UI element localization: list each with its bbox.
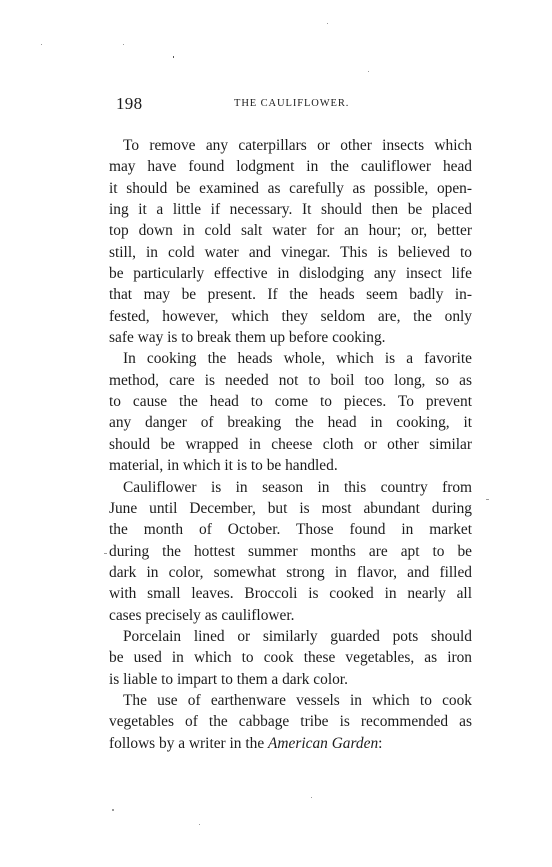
book-page: 198 THE CAULIFLOWER. To remove any cater…: [0, 0, 552, 867]
text-line: is liable to impart to them a dark color…: [109, 669, 472, 690]
text-fragment: follows by a writer in the: [109, 735, 268, 752]
text-line: vegetables of the cabbage tribe is recom…: [109, 711, 472, 732]
text-line: Porcelain lined or similarly guarded pot…: [109, 626, 472, 647]
text-fragment: :: [378, 735, 382, 752]
text-line: safe way is to break them up before cook…: [109, 327, 472, 348]
scan-speck: [104, 553, 107, 554]
text-line: method, care is needed not to boil too l…: [109, 370, 472, 391]
scan-speck: [173, 56, 174, 58]
scan-speck: [199, 824, 200, 825]
text-line: be particularly effective in dislodging …: [109, 263, 472, 284]
text-line: fested, however, which they seldom are, …: [109, 306, 472, 327]
text-line-final: follows by a writer in the American Gard…: [109, 733, 472, 754]
text-line: it should be examined as carefully as po…: [109, 178, 472, 199]
text-line: cases precisely as cauliflower.: [109, 605, 472, 626]
text-line: with small leaves. Broccoli is cooked in…: [109, 583, 472, 604]
scan-speck: [368, 71, 369, 72]
text-line: during the hottest summer months are apt…: [109, 541, 472, 562]
paragraph-porcelain: Porcelain lined or similarly guarded pot…: [109, 626, 472, 690]
scan-speck: [311, 797, 312, 798]
text-line: dark in color, somewhat strong in flavor…: [109, 562, 472, 583]
running-head-title: THE CAULIFLOWER.: [234, 98, 349, 109]
text-line: still, in cold water and vinegar. This i…: [109, 242, 472, 263]
text-line: should be wrapped in cheese cloth or oth…: [109, 434, 472, 455]
scan-speck: [486, 499, 489, 500]
text-line: The use of earthenware vessels in which …: [109, 690, 472, 711]
publication-title: American Garden: [268, 735, 378, 752]
scan-speck: [41, 44, 42, 45]
text-line: may have found lodgment in the cauliflow…: [109, 156, 472, 177]
text-line: In cooking the heads whole, which is a f…: [109, 348, 472, 369]
scan-speck: [112, 809, 114, 811]
paragraph-insects: To remove any caterpillars or other inse…: [109, 135, 472, 348]
body-text: To remove any caterpillars or other inse…: [109, 135, 472, 754]
text-line: the month of October. Those found in mar…: [109, 519, 472, 540]
text-line: To remove any caterpillars or other inse…: [109, 135, 472, 156]
paragraph-cooking-whole: In cooking the heads whole, which is a f…: [109, 348, 472, 476]
paragraph-earthenware: The use of earthenware vessels in which …: [109, 690, 472, 754]
text-line: top down in cold salt water for an hour;…: [109, 220, 472, 241]
page-number: 198: [116, 94, 142, 114]
scan-speck: [123, 44, 124, 45]
text-line: be used in which to cook these vegetable…: [109, 647, 472, 668]
text-line: any danger of breaking the head in cooki…: [109, 412, 472, 433]
text-line: that may be present. If the heads seem b…: [109, 284, 472, 305]
text-line: material, in which it is to be handled.: [109, 455, 472, 476]
paragraph-season: Cauliflower is in season in this country…: [109, 477, 472, 626]
running-head: 198 THE CAULIFLOWER.: [116, 94, 476, 116]
text-line: ing it a little if necessary. It should …: [109, 199, 472, 220]
text-line: June until December, but is most abundan…: [109, 498, 472, 519]
text-line: to cause the head to come to pieces. To …: [109, 391, 472, 412]
scan-speck: [327, 23, 328, 24]
text-line: Cauliflower is in season in this country…: [109, 477, 472, 498]
